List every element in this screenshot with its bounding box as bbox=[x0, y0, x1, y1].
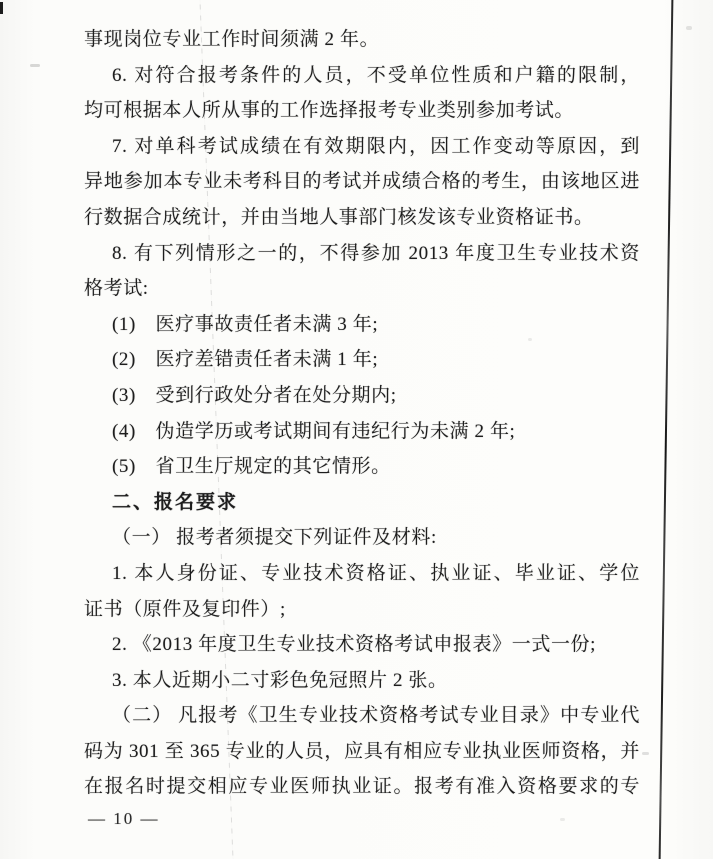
text-line: 证书（原件及复印件）; bbox=[84, 592, 640, 628]
scan-corner-mark bbox=[0, 2, 3, 14]
text-line: (4) 伪造学历或考试期间有违纪行为未满 2 年; bbox=[84, 414, 640, 450]
scan-speck bbox=[686, 26, 692, 30]
scan-speck bbox=[642, 752, 649, 755]
scan-speck bbox=[528, 338, 532, 341]
document-body: 事现岗位专业工作时间须满 2 年。6. 对符合报考条件的人员，不受单位性质和户籍… bbox=[84, 22, 640, 805]
text-line: (1) 医疗事故责任者未满 3 年; bbox=[84, 307, 640, 343]
text-line: 行数据合成统计，并由当地人事部门核发该专业资格证书。 bbox=[84, 200, 640, 236]
scanned-document-page: 事现岗位专业工作时间须满 2 年。6. 对符合报考条件的人员，不受单位性质和户籍… bbox=[0, 0, 713, 859]
text-line: 均可根据本人所从事的工作选择报考专业类别参加考试。 bbox=[84, 93, 640, 129]
section-heading: 二、报名要求 bbox=[84, 485, 640, 521]
text-line: (5) 省卫生厅规定的其它情形。 bbox=[84, 449, 640, 485]
text-line: 6. 对符合报考条件的人员，不受单位性质和户籍的限制， bbox=[84, 58, 640, 94]
text-line: 8. 有下列情形之一的，不得参加 2013 年度卫生专业技术资 bbox=[84, 236, 640, 272]
scan-speck bbox=[560, 818, 565, 821]
text-line: 事现岗位专业工作时间须满 2 年。 bbox=[84, 22, 640, 58]
text-line: 格考试: bbox=[84, 271, 640, 307]
text-line: 在报名时提交相应专业医师执业证。报考有准入资格要求的专 bbox=[84, 769, 640, 805]
text-line: 2. 《2013 年度卫生专业技术资格考试申报表》一式一份; bbox=[84, 627, 640, 663]
text-line: 1. 本人身份证、专业技术资格证、执业证、毕业证、学位 bbox=[84, 556, 640, 592]
text-line: 3. 本人近期小二寸彩色免冠照片 2 张。 bbox=[84, 663, 640, 699]
text-line: 异地参加本专业未考科目的考试并成绩合格的考生，由该地区进 bbox=[84, 164, 640, 200]
text-line: 码为 301 至 365 专业的人员，应具有相应专业执业医师资格，并 bbox=[84, 734, 640, 770]
page-edge-line bbox=[659, 0, 674, 859]
text-line: (2) 医疗差错责任者未满 1 年; bbox=[84, 342, 640, 378]
text-line: 7. 对单科考试成绩在有效期限内，因工作变动等原因，到 bbox=[84, 129, 640, 165]
text-line: （二） 凡报考《卫生专业技术资格考试专业目录》中专业代 bbox=[84, 698, 640, 734]
scan-speck bbox=[30, 64, 40, 67]
page-number: — 10 — bbox=[88, 809, 160, 829]
text-line: (3) 受到行政处分者在处分期内; bbox=[84, 378, 640, 414]
text-line: （一） 报考者须提交下列证件及材料: bbox=[84, 520, 640, 556]
